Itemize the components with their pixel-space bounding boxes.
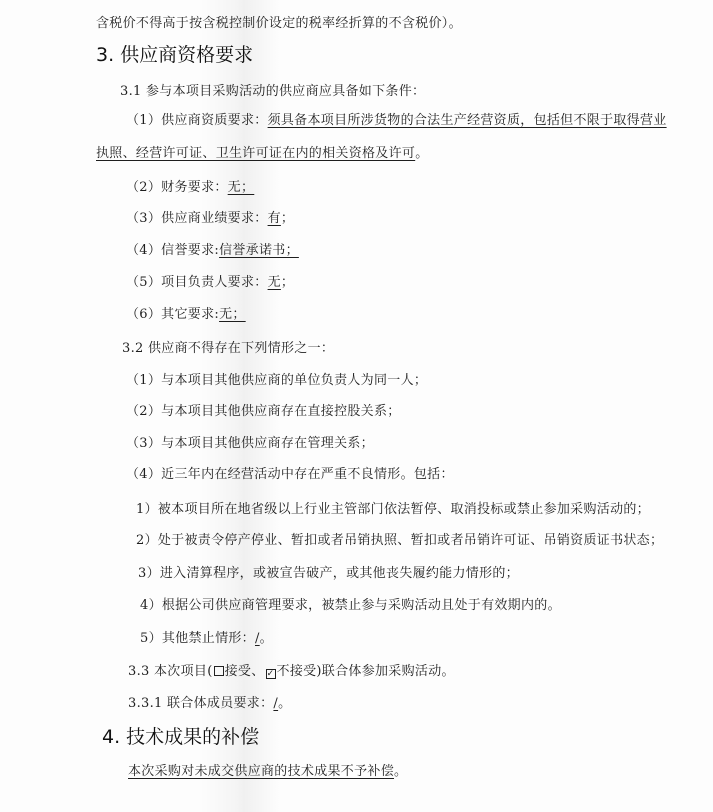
requirement-value: 须具备本项目所涉货物的合法生产经营资质，包括但不限于取得营业 — [268, 113, 667, 128]
separator: 、 — [251, 664, 264, 679]
punctuation: 。 — [260, 631, 273, 646]
requirement-label: （5）项目负责人要求： — [126, 275, 268, 290]
requirement-value: 执照、经营许可证、卫生许可证在内的相关资格及许可 — [96, 146, 415, 161]
document-page: 含税价不得高于按含税控制价设定的税率经折算的不含税价）。 3. 供应商资格要求 … — [0, 0, 713, 812]
punctuation: 。 — [415, 146, 428, 161]
checkbox-reject-checked: ✓ — [266, 669, 276, 679]
exclusion-1: （1）与本项目其他供应商的单位负责人为同一人； — [126, 373, 427, 389]
requirement-label: （4）信誉要求: — [126, 243, 219, 258]
section-3-heading: 3. 供应商资格要求 — [96, 44, 253, 66]
requirement-3: （3）供应商业绩要求：有； — [126, 211, 294, 227]
requirement-label: （6）其它要求: — [126, 307, 219, 322]
exclusion-2: （2）与本项目其他供应商存在直接控股关系； — [126, 404, 401, 420]
section-3-2-title: 3.2 供应商不得存在下列情形之一： — [122, 341, 334, 357]
exclusion-sub-3: 3）进入清算程序，或被宣告破产，或其他丧失履约能力情形的； — [138, 566, 519, 582]
intro-line: 含税价不得高于按含税控制价设定的税率经折算的不含税价）。 — [96, 16, 462, 32]
option-reject-label: 不接受 — [277, 664, 317, 679]
checkbox-accept-unchecked — [214, 666, 224, 676]
requirement-value: 有 — [268, 211, 281, 226]
exclusion-4: （4）近三年内在经营活动中存在严重不良情形。包括： — [126, 467, 454, 483]
requirement-1: （1）供应商资质要求：须具备本项目所涉货物的合法生产经营资质，包括但不限于取得营… — [126, 113, 667, 129]
section-3-1-title: 3.1 参与本项目采购活动的供应商应具备如下条件： — [120, 84, 425, 100]
exclusion-sub-5: 5）其他禁止情形：/。 — [140, 631, 273, 647]
compensation-statement: 本次采购对未成交供应商的技术成果不予补偿 — [128, 764, 394, 779]
requirement-1-continued: 执照、经营许可证、卫生许可证在内的相关资格及许可。 — [96, 146, 429, 162]
exclusion-sub-2: 2）处于被责令停产停业、暂扣或者吊销执照、暂扣或者吊销许可证、吊销资质证书状态； — [136, 533, 663, 549]
exclusion-3: （3）与本项目其他供应商存在管理关系； — [126, 436, 374, 452]
section-4-heading: 4. 技术成果的补偿 — [102, 726, 259, 748]
requirement-value: 无； — [228, 180, 255, 195]
option-accept-label: 接受 — [225, 664, 252, 679]
exclusion-label: 5）其他禁止情形： — [140, 631, 255, 646]
section-4-body: 本次采购对未成交供应商的技术成果不予补偿。 — [128, 764, 407, 780]
consortium-suffix: )联合体参加采购活动。 — [316, 664, 454, 679]
exclusion-sub-1: 1）被本项目所在地省级以上行业主管部门依法暂停、取消投标或禁止参加采购活动的； — [136, 502, 650, 518]
requirement-label: （1）供应商资质要求： — [126, 113, 268, 128]
section-3-3-1: 3.3.1 联合体成员要求：/。 — [128, 696, 291, 712]
requirement-value: 无； — [219, 307, 246, 322]
requirement-value: 信誉承诺书； — [219, 243, 299, 258]
requirement-4: （4）信誉要求:信誉承诺书； — [126, 243, 299, 259]
punctuation: 。 — [278, 696, 291, 711]
punctuation: ； — [281, 211, 294, 226]
requirement-value: 无 — [268, 275, 281, 290]
requirement-label: （2）财务要求： — [126, 180, 228, 195]
exclusion-sub-4: 4）根据公司供应商管理要求，被禁止参与采购活动且处于有效期内的。 — [140, 598, 561, 614]
requirement-5: （5）项目负责人要求：无； — [126, 275, 294, 291]
punctuation: 。 — [394, 764, 407, 779]
section-3-3: 3.3 本次项目(接受、✓不接受)联合体参加采购活动。 — [128, 664, 455, 680]
consortium-prefix: 3.3 本次项目( — [128, 664, 213, 679]
punctuation: ； — [281, 275, 294, 290]
requirement-label: （3）供应商业绩要求： — [126, 211, 268, 226]
consortium-member-label: 3.3.1 联合体成员要求： — [128, 696, 273, 711]
requirement-6: （6）其它要求:无； — [126, 307, 246, 323]
requirement-2: （2）财务要求：无； — [126, 180, 254, 196]
